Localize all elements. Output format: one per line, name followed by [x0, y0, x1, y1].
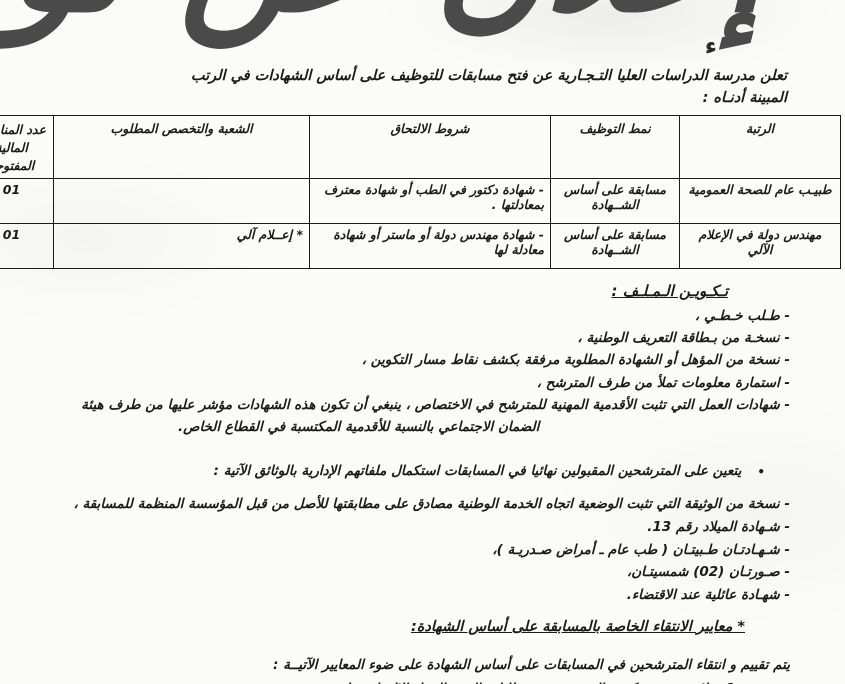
final-doc-item: - صـورتـان (02) شمسيتـان،	[28, 561, 790, 584]
criteria-heading: * معايير الانتقاء الخاصة بالمسابقة على أ…	[0, 619, 745, 635]
file-item: - شهادات العمل التي تثبت الأقدمية المهني…	[28, 394, 790, 416]
file-composition-heading: تـكـويـن الـمـلـف :	[0, 282, 728, 300]
cell-conditions: - شهادة دكتور في الطب أو شهادة معترف بمع…	[310, 178, 551, 223]
file-item: - طـلب خـطـي ،	[28, 305, 790, 327]
intro-line-1: تعلن مدرسة الدراسات العليا التـجـارية عن…	[55, 66, 787, 88]
final-doc-item: - شـهـادتـان طـبيتـان ( طب عام ـ أمراض ص…	[28, 539, 790, 562]
file-item-continuation: الضمان الاجتماعي بالنسبة للأقدمية المكتس…	[178, 416, 790, 438]
bullet-icon: •	[757, 465, 765, 479]
table-row: طبيـب عام للصحة العمومية مسابقة على أساس…	[0, 178, 841, 223]
header-recruitment-mode: نمط التوظيف	[551, 115, 680, 178]
file-composition-list: - طـلب خـطـي ، - نسخـة من بـطاقة التعريف…	[28, 305, 790, 439]
calligraphy-title-clip: إعلان عن توظيف ء	[0, 0, 845, 58]
header-admission-conditions: شروط الالتحاق	[310, 115, 551, 178]
table-header-row: الرتبة نمط التوظيف شروط الالتحاق الشعبة …	[0, 115, 841, 178]
header-rank: الرتبة	[680, 115, 841, 178]
cell-mode: مسابقة على أساس الشــهادة	[551, 178, 680, 223]
scanned-announcement-page: { "page": { "clipped_title": "إعلان عن ت…	[0, 0, 845, 684]
cell-positions: 01	[0, 178, 54, 223]
cell-positions: 01	[0, 223, 54, 268]
hamza-mark: ء	[705, 32, 717, 58]
final-docs-intro: يتعين على المترشحين المقبولين نهائيا في …	[213, 463, 741, 479]
file-item: - نسخة من المؤهل أو الشهادة المطلوبة مرف…	[28, 349, 790, 371]
intro-line-2: المبينة أدنـاه :	[55, 88, 787, 110]
file-item: - استمارة معلومات تملأ من طرف المترشح ،	[28, 372, 790, 394]
cell-mode: مسابقة على أساس الشــهادة	[551, 223, 680, 268]
cell-conditions: - شهادة مهندس دولة أو ماستر أو شهادة معا…	[310, 223, 551, 268]
file-item: - نسخـة من بـطاقة التعريف الوطنية ،	[28, 327, 790, 349]
calligraphy-title-text: إعلان عن توظيف	[60, 0, 765, 46]
cell-specialty: * إعــلام آلي	[54, 223, 310, 268]
final-doc-item: - شهـادة عائلية عند الاقتضاء.	[28, 584, 790, 607]
table-row: مهندس دولة في الإعلام الآلي مسابقة على أ…	[0, 223, 841, 268]
final-doc-item: - نسخة من الوثيقة التي تثبت الوضعية اتجا…	[28, 493, 790, 516]
cell-rank: مهندس دولة في الإعلام الآلي	[680, 223, 841, 268]
header-specialty: الشعبة والتخصص المطلوب	[54, 115, 310, 178]
final-docs-list: - نسخة من الوثيقة التي تثبت الوضعية اتجا…	[28, 493, 790, 606]
recruitment-table: الرتبة نمط التوظيف شروط الالتحاق الشعبة …	[0, 115, 841, 269]
intro-paragraph: تعلن مدرسة الدراسات العليا التـجـارية عن…	[55, 66, 787, 110]
cell-specialty	[54, 178, 310, 223]
final-doc-item: - شـهادة الميلاد رقم 13.	[28, 516, 790, 539]
final-docs-bullet-line: • يتعين على المترشحين المقبولين نهائيا ف…	[60, 463, 765, 479]
criteria-intro: يتم تقييم و انتقاء المترشحين في المسابقا…	[0, 657, 790, 673]
header-open-positions: عدد المناصب المالية المفتوحة	[0, 115, 54, 178]
cell-rank: طبيـب عام للصحة العمومية	[680, 178, 841, 223]
